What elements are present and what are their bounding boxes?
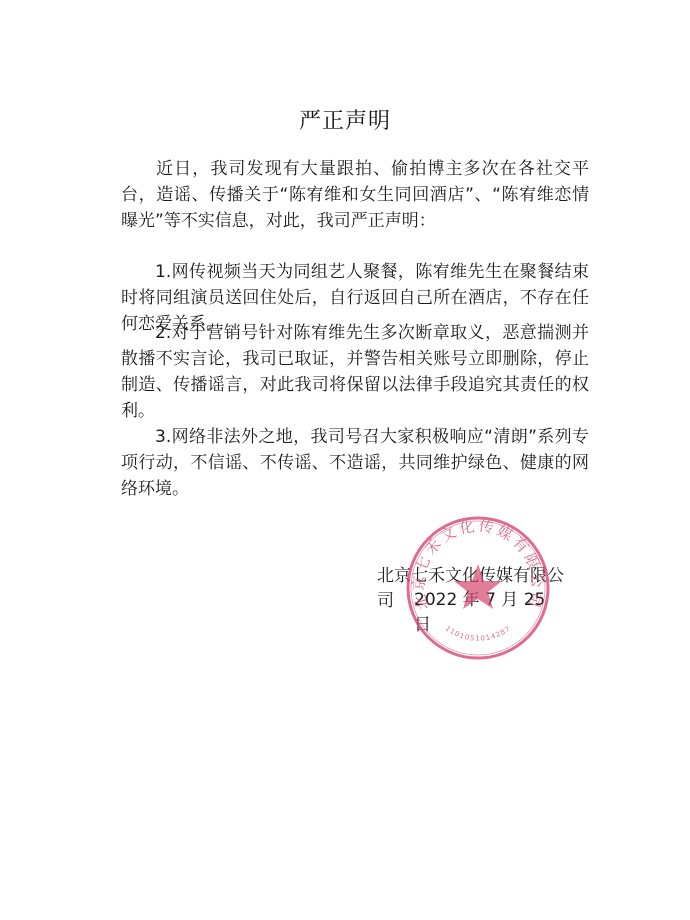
- statement-text-2: 2.对于营销号针对陈宥维先生多次断章取义，恶意揣测并散播不实言论，我司已取证，并…: [121, 323, 589, 421]
- intro-paragraph: 近日，我司发现有大量跟拍、偷拍博主多次在各社交平台，造谣、传播关于“陈宥维和女生…: [121, 156, 589, 234]
- company-seal-icon: 北京七禾文化传媒有限公司 1101051014287: [404, 514, 552, 662]
- document-title: 严正声明: [0, 104, 690, 135]
- statement-item-3: 3.网络非法外之地，我司号召大家积极响应“清朗”系列专项行动，不信谣、不传谣、不…: [121, 424, 589, 502]
- intro-text: 近日，我司发现有大量跟拍、偷拍博主多次在各社交平台，造谣、传播关于“陈宥维和女生…: [121, 159, 589, 231]
- svg-text:1101051014287: 1101051014287: [444, 624, 513, 642]
- statement-item-2: 2.对于营销号针对陈宥维先生多次断章取义，恶意揣测并散播不实言论，我司已取证，并…: [121, 320, 589, 424]
- statement-text-3: 3.网络非法外之地，我司号召大家积极响应“清朗”系列专项行动，不信谣、不传谣、不…: [121, 427, 589, 499]
